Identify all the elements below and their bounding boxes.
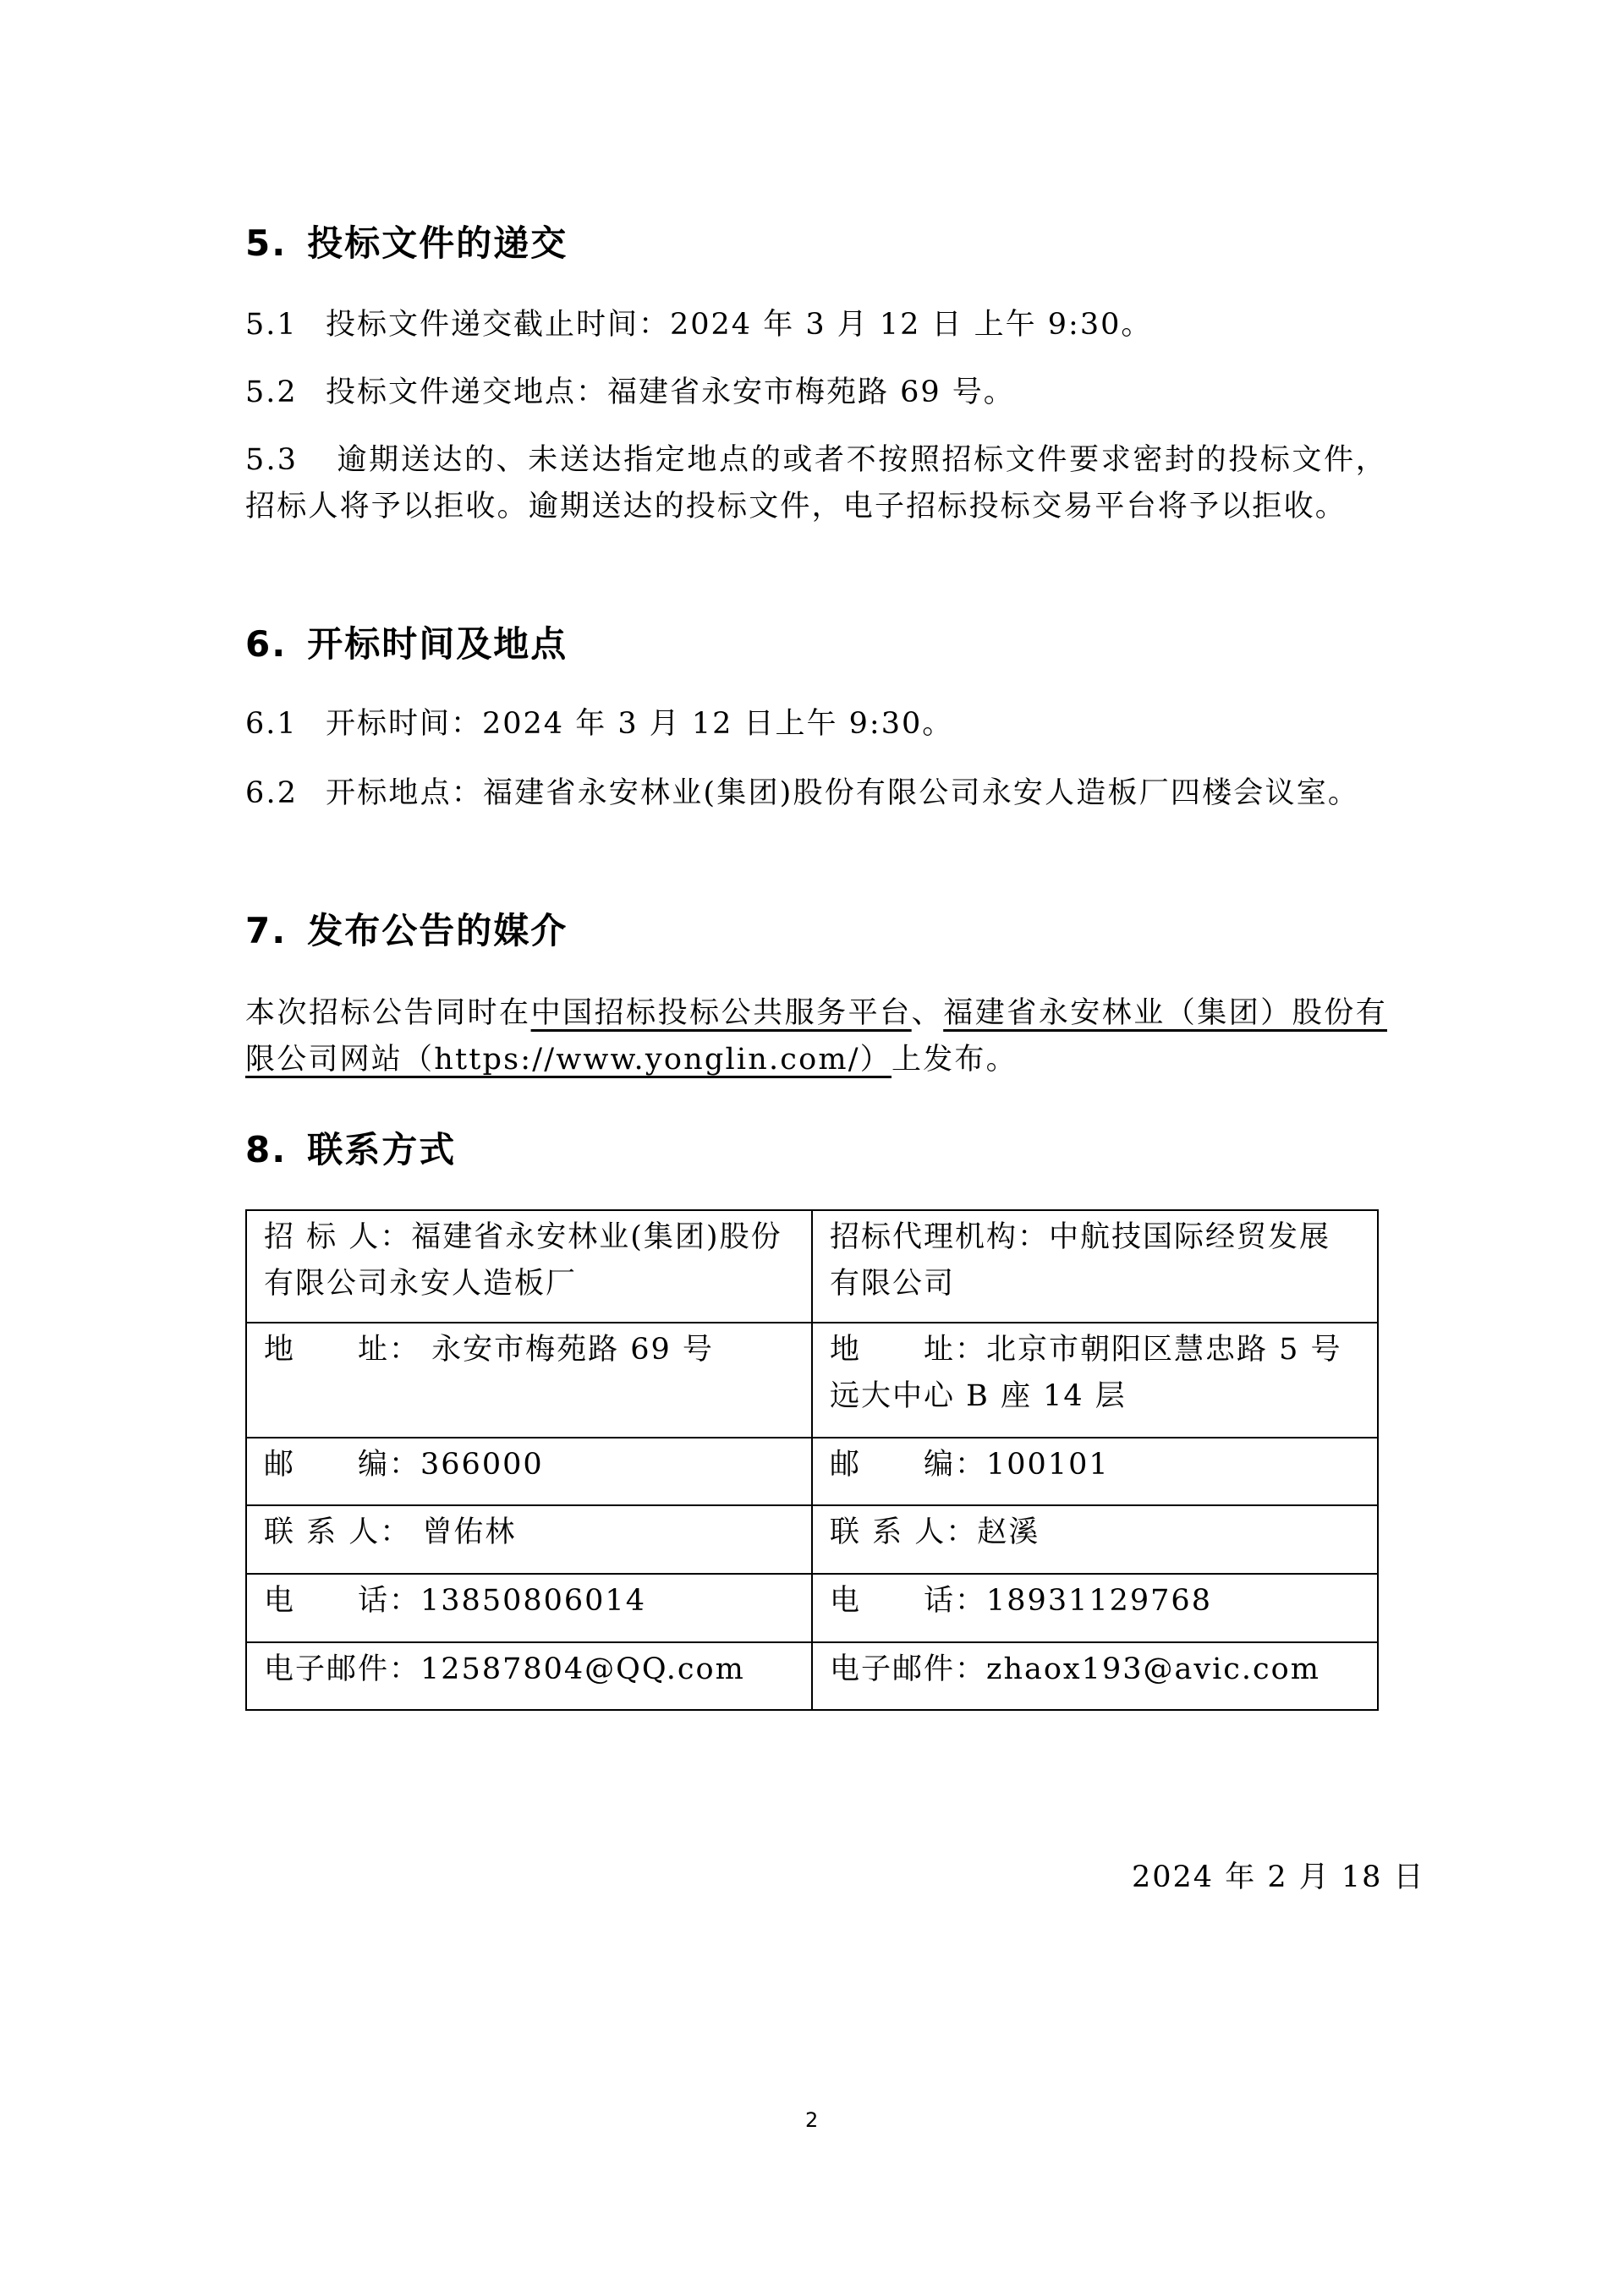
- cell-label: 联 系 人：: [264, 1515, 411, 1549]
- clause-5-1: 5.1投标文件递交截止时间：2024 年 3 月 12 日 上午 9:30。: [245, 302, 1152, 348]
- section-number: 5.: [245, 222, 287, 264]
- tenderer-postcode-cell: 邮 编：366000: [246, 1438, 812, 1505]
- media-prefix: 本次招标公告同时在: [245, 996, 531, 1030]
- table-row-tenderer: 招 标 人：福建省永安林业(集团)股份有限公司永安人造板厂 招标代理机构：中航技…: [246, 1210, 1378, 1323]
- clause-number: 6.1: [245, 701, 326, 748]
- cell-label: 招 标 人：: [264, 1220, 411, 1254]
- cell-label: 邮 编：: [830, 1448, 986, 1482]
- section-number: 6.: [245, 623, 287, 665]
- cell-label: 电 话：: [264, 1584, 420, 1618]
- table-row-postcode: 邮 编：366000 邮 编：100101: [246, 1438, 1378, 1505]
- section-title: 联系方式: [307, 1129, 456, 1170]
- cell-value: zhaox193@avic.com: [986, 1652, 1320, 1686]
- clause-number: 6.2: [245, 770, 326, 817]
- cell-value: 366000: [420, 1448, 544, 1482]
- cell-value: 赵溪: [977, 1515, 1040, 1549]
- clause-5-3: 5.3逾期送达的、未送达指定地点的或者不按照招标文件要求密封的投标文件，招标人将…: [245, 437, 1387, 530]
- clause-number: 5.3: [245, 437, 337, 484]
- agency-contact-cell: 联 系 人：赵溪: [812, 1505, 1378, 1574]
- media-paragraph: 本次招标公告同时在中国招标投标公共服务平台、福建省永安林业（集团）股份有限公司网…: [245, 990, 1387, 1083]
- cell-label: 地 址：: [264, 1333, 420, 1367]
- cell-value: 13850806014: [420, 1584, 646, 1618]
- agency-cell: 招标代理机构：中航技国际经贸发展有限公司: [812, 1210, 1378, 1323]
- page-number: 2: [805, 2108, 818, 2132]
- clause-number: 5.1: [245, 302, 326, 348]
- clause-text: 开标地点：福建省永安林业(集团)股份有限公司永安人造板厂四楼会议室。: [326, 776, 1359, 810]
- section-7-heading: 7.发布公告的媒介: [245, 903, 568, 954]
- agency-address-cell: 地 址：北京市朝阳区慧忠路 5 号远大中心 B 座 14 层: [812, 1323, 1378, 1438]
- section-8-heading: 8.联系方式: [245, 1122, 456, 1173]
- cell-label: 地 址：: [830, 1333, 986, 1367]
- clause-number: 5.2: [245, 370, 326, 416]
- agency-email-cell: 电子邮件：zhaox193@avic.com: [812, 1642, 1378, 1710]
- tenderer-phone-cell: 电 话：13850806014: [246, 1574, 812, 1642]
- clause-text: 开标时间：2024 年 3 月 12 日上午 9:30。: [326, 707, 953, 741]
- cell-label: 电子邮件：: [830, 1652, 986, 1686]
- clause-text: 逾期送达的、未送达指定地点的或者不按照招标文件要求密封的投标文件，招标人将予以拒…: [245, 443, 1387, 523]
- table-row-email: 电子邮件：12587804@QQ.com 电子邮件：zhaox193@avic.…: [246, 1642, 1378, 1710]
- cell-label: 联 系 人：: [830, 1515, 977, 1549]
- agency-postcode-cell: 邮 编：100101: [812, 1438, 1378, 1505]
- cell-label: 邮 编：: [264, 1448, 420, 1482]
- cell-label: 电子邮件：: [264, 1652, 420, 1686]
- media-separator: 、: [912, 996, 944, 1030]
- tenderer-cell: 招 标 人：福建省永安林业(集团)股份有限公司永安人造板厂: [246, 1210, 812, 1323]
- clause-text: 投标文件递交截止时间：2024 年 3 月 12 日 上午 9:30。: [326, 308, 1152, 342]
- cell-value: 12587804@QQ.com: [420, 1652, 745, 1686]
- cell-value: 永安市梅苑路 69 号: [420, 1333, 714, 1367]
- section-5-heading: 5.投标文件的递交: [245, 216, 568, 266]
- table-row-phone: 电 话：13850806014 电 话：18931129768: [246, 1574, 1378, 1642]
- signature-date: 2024 年 2 月 18 日: [1132, 1854, 1425, 1896]
- section-number: 8.: [245, 1129, 287, 1170]
- clause-6-1: 6.1开标时间：2024 年 3 月 12 日上午 9:30。: [245, 701, 953, 748]
- link-national-bidding-platform[interactable]: 中国招标投标公共服务平台: [531, 996, 912, 1030]
- cell-value: 曾佑林: [411, 1515, 516, 1549]
- section-title: 投标文件的递交: [307, 222, 568, 264]
- clause-5-2: 5.2投标文件递交地点：福建省永安市梅苑路 69 号。: [245, 370, 1015, 416]
- section-number: 7.: [245, 910, 287, 951]
- clause-text: 投标文件递交地点：福建省永安市梅苑路 69 号。: [326, 375, 1015, 409]
- table-row-address: 地 址： 永安市梅苑路 69 号 地 址：北京市朝阳区慧忠路 5 号远大中心 B…: [246, 1323, 1378, 1438]
- clause-6-2: 6.2开标地点：福建省永安林业(集团)股份有限公司永安人造板厂四楼会议室。: [245, 770, 1387, 817]
- cell-label: 电 话：: [830, 1584, 986, 1618]
- tenderer-email-cell: 电子邮件：12587804@QQ.com: [246, 1642, 812, 1710]
- section-title: 发布公告的媒介: [307, 910, 568, 951]
- table-row-contact-person: 联 系 人： 曾佑林 联 系 人：赵溪: [246, 1505, 1378, 1574]
- media-suffix: 上发布。: [892, 1043, 1018, 1077]
- contact-table: 招 标 人：福建省永安林业(集团)股份有限公司永安人造板厂 招标代理机构：中航技…: [245, 1209, 1379, 1711]
- cell-label: 招标代理机构：: [830, 1220, 1049, 1254]
- document-page: 5.投标文件的递交 5.1投标文件递交截止时间：2024 年 3 月 12 日 …: [0, 0, 1624, 2296]
- section-title: 开标时间及地点: [307, 623, 568, 665]
- cell-value: 18931129768: [986, 1584, 1212, 1618]
- tenderer-contact-cell: 联 系 人： 曾佑林: [246, 1505, 812, 1574]
- section-6-heading: 6.开标时间及地点: [245, 616, 568, 667]
- cell-value: 100101: [986, 1448, 1110, 1482]
- agency-phone-cell: 电 话：18931129768: [812, 1574, 1378, 1642]
- tenderer-address-cell: 地 址： 永安市梅苑路 69 号: [246, 1323, 812, 1438]
